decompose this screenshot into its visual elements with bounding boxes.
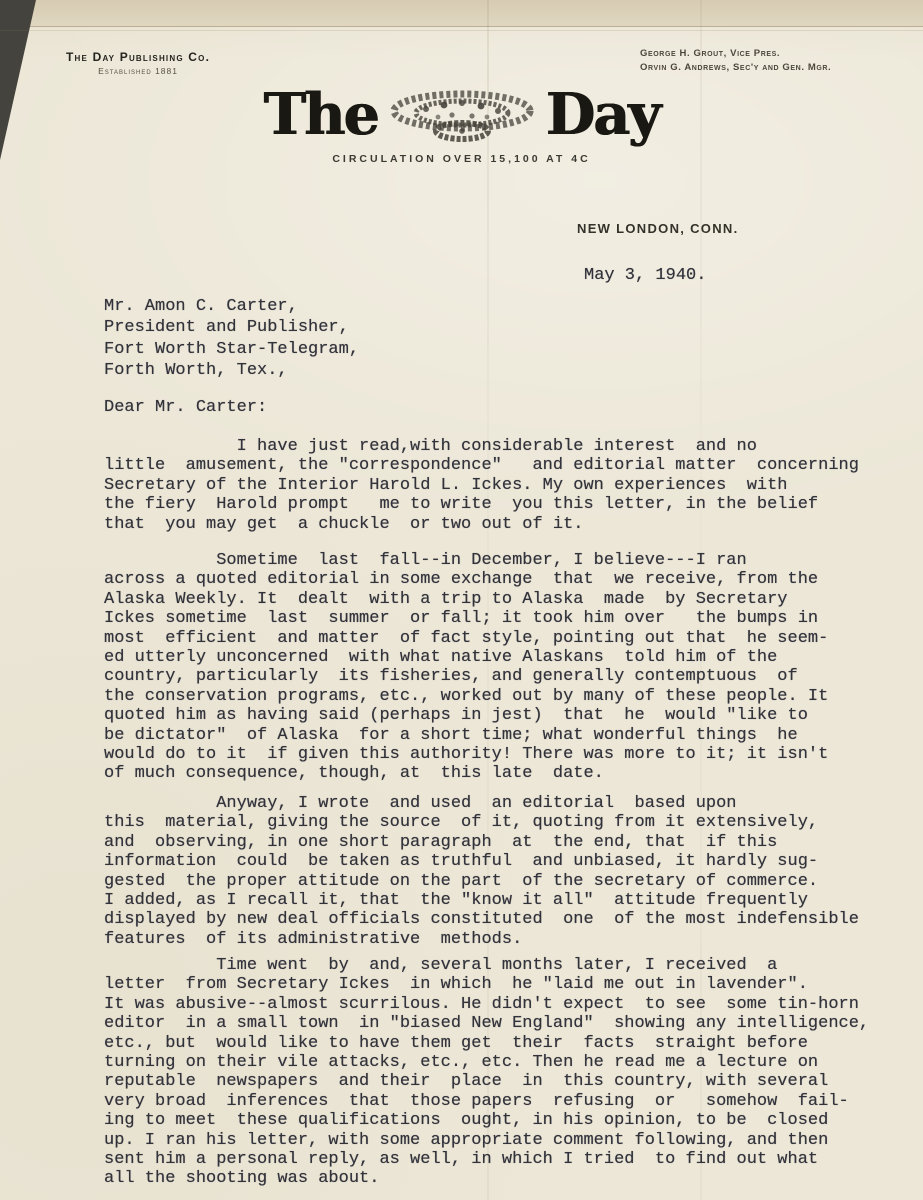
typed-line: the conservation programs, etc., worked … xyxy=(104,687,828,706)
fold-crease-horizontal xyxy=(0,30,923,31)
typed-line: Time went by and, several months later, … xyxy=(104,956,869,975)
letterhead-company-block: The Day Publishing Co. Established 1881 xyxy=(66,50,210,76)
typed-line: Ickes sometime last summer or fall; it t… xyxy=(104,609,828,628)
city-line: NEW LONDON, CONN. xyxy=(577,221,738,236)
typed-line: the fiery Harold prompt me to write you … xyxy=(104,495,859,514)
typed-line: all the shooting was about. xyxy=(104,1169,869,1188)
typed-line: features of its administrative methods. xyxy=(104,930,859,949)
paper-top-edge xyxy=(0,0,923,27)
typed-line: turning on their vile attacks, etc., etc… xyxy=(104,1053,869,1072)
typed-line: that you may get a chuckle or two out of… xyxy=(104,515,859,534)
typed-line: Secretary of the Interior Harold L. Icke… xyxy=(104,476,859,495)
company-name: The Day Publishing Co. xyxy=(66,50,210,64)
typed-line: It was abusive--almost scurrilous. He di… xyxy=(104,995,869,1014)
typed-line: letter from Secretary Ickes in which he … xyxy=(104,975,869,994)
typed-line: country, particularly its fisheries, and… xyxy=(104,667,828,686)
typed-line: displayed by new deal officials constitu… xyxy=(104,910,859,929)
typed-line: would do to it if given this authority! … xyxy=(104,745,828,764)
typed-line: President and Publisher, xyxy=(104,317,359,338)
officer-line-1: George H. Grout, Vice Pres. xyxy=(640,47,831,61)
typed-line: across a quoted editorial in some exchan… xyxy=(104,570,828,589)
typed-line: editor in a small town in "biased New En… xyxy=(104,1014,869,1033)
typed-line: little amusement, the "correspondence" a… xyxy=(104,456,859,475)
typed-line: very broad inferences that those papers … xyxy=(104,1092,869,1111)
typed-line: Anyway, I wrote and used an editorial ba… xyxy=(104,794,859,813)
masthead-word-the: The xyxy=(264,86,378,143)
masthead: The Day xyxy=(0,86,923,143)
paragraph-1: I have just read,with considerable inter… xyxy=(104,437,859,534)
typed-line: reputable newspapers and their place in … xyxy=(104,1072,869,1091)
typed-line: quoted him as having said (perhaps in je… xyxy=(104,706,828,725)
newspaper-seal-ornament xyxy=(386,87,538,143)
typed-line: Fort Worth Star-Telegram, xyxy=(104,339,359,360)
typed-line: Alaska Weekly. It dealt with a trip to A… xyxy=(104,590,828,609)
paragraph-3: Anyway, I wrote and used an editorial ba… xyxy=(104,794,859,949)
typed-line: ed utterly unconcerned with what native … xyxy=(104,648,828,667)
officer-line-2: Orvin G. Andrews, Sec'y and Gen. Mgr. xyxy=(640,61,831,75)
paragraph-2: Sometime last fall--in December, I belie… xyxy=(104,551,828,784)
typed-line: Forth Worth, Tex., xyxy=(104,360,359,381)
typed-line: etc., but would like to have them get th… xyxy=(104,1034,869,1053)
typed-line: gested the proper attitude on the part o… xyxy=(104,872,859,891)
typed-line: information could be taken as truthful a… xyxy=(104,852,859,871)
typed-line: I added, as I recall it, that the "know … xyxy=(104,891,859,910)
typed-line: Sometime last fall--in December, I belie… xyxy=(104,551,828,570)
salutation: Dear Mr. Carter: xyxy=(104,398,267,417)
scanned-letter-page: The Day Publishing Co. Established 1881 … xyxy=(0,0,923,1200)
typed-line: ing to meet these qualifications ought, … xyxy=(104,1111,869,1130)
typed-line: this material, giving the source of it, … xyxy=(104,813,859,832)
letterhead-officers-block: George H. Grout, Vice Pres. Orvin G. And… xyxy=(640,47,831,75)
typed-line: sent him a personal reply, as well, in w… xyxy=(104,1150,869,1169)
typed-line: Mr. Amon C. Carter, xyxy=(104,296,359,317)
typed-line: of much consequence, though, at this lat… xyxy=(104,764,828,783)
paragraph-4: Time went by and, several months later, … xyxy=(104,956,869,1189)
typed-line: up. I ran his letter, with some appropri… xyxy=(104,1131,869,1150)
recipient-address-block: Mr. Amon C. Carter,President and Publish… xyxy=(104,296,359,381)
circulation-line: CIRCULATION OVER 15,100 AT 4C xyxy=(0,153,923,165)
typed-line: and observing, in one short paragraph at… xyxy=(104,833,859,852)
typed-line: most efficient and matter of fact style,… xyxy=(104,629,828,648)
typed-line: be dictator" of Alaska for a short time;… xyxy=(104,726,828,745)
masthead-word-day: Day xyxy=(546,86,659,143)
established-line: Established 1881 xyxy=(66,66,210,76)
typed-line: I have just read,with considerable inter… xyxy=(104,437,859,456)
letter-date: May 3, 1940. xyxy=(584,266,706,285)
